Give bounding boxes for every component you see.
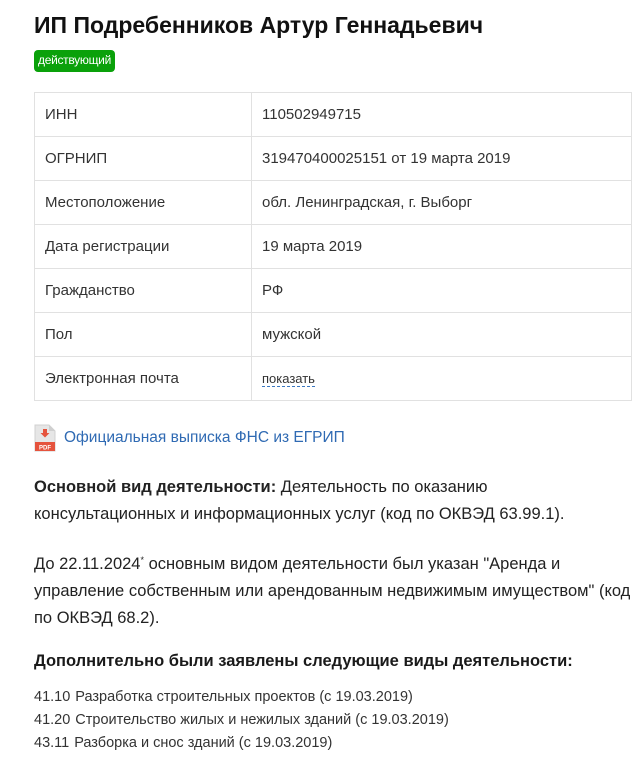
footnote-mark[interactable]: * <box>140 555 144 565</box>
row-value-email: показать <box>252 357 632 401</box>
list-item: 41.20Строительство жилых и нежилых здани… <box>34 709 449 732</box>
row-label-registration-date: Дата регистрации <box>35 225 252 269</box>
row-value-ogrnip: 319470400025151 от 19 марта 2019 <box>252 137 632 181</box>
row-value-gender: мужской <box>252 313 632 357</box>
activity-text: Разборка и снос зданий (с 19.03.2019) <box>74 735 332 751</box>
list-item: 41.10Разработка строительных проектов (с… <box>34 686 449 709</box>
row-value-citizenship: РФ <box>252 269 632 313</box>
row-value-registration-date: 19 марта 2019 <box>252 225 632 269</box>
additional-activities-heading: Дополнительно были заявлены следующие ви… <box>34 652 573 671</box>
table-row: Местоположение обл. Ленинградская, г. Вы… <box>35 181 632 225</box>
list-item: 43.11Разборка и снос зданий (с 19.03.201… <box>34 732 449 755</box>
previous-activity-date: До 22.11.2024 <box>34 555 140 573</box>
activity-code: 41.20 <box>34 712 70 728</box>
pdf-extract-row[interactable]: PDF Официальная выписка ФНС из ЕГРИП <box>34 424 345 452</box>
table-row: Гражданство РФ <box>35 269 632 313</box>
additional-activities-list: 41.10Разработка строительных проектов (с… <box>34 686 449 755</box>
row-label-inn: ИНН <box>35 93 252 137</box>
table-row: Электронная почта показать <box>35 357 632 401</box>
svg-text:PDF: PDF <box>39 446 51 452</box>
details-table: ИНН 110502949715 ОГРНИП 319470400025151 … <box>34 92 632 401</box>
main-activity-label: Основной вид деятельности: <box>34 478 276 496</box>
main-activity: Основной вид деятельности: Деятельность … <box>34 474 632 528</box>
activity-code: 41.10 <box>34 689 70 705</box>
table-row: Дата регистрации 19 марта 2019 <box>35 225 632 269</box>
activity-text: Разработка строительных проектов (с 19.0… <box>75 689 413 705</box>
row-value-inn: 110502949715 <box>252 93 632 137</box>
row-label-email: Электронная почта <box>35 357 252 401</box>
activity-code: 43.11 <box>34 735 69 751</box>
table-row: ОГРНИП 319470400025151 от 19 марта 2019 <box>35 137 632 181</box>
pdf-extract-link[interactable]: Официальная выписка ФНС из ЕГРИП <box>64 429 345 447</box>
table-row: Пол мужской <box>35 313 632 357</box>
row-value-location: обл. Ленинградская, г. Выборг <box>252 181 632 225</box>
page-title: ИП Подребенников Артур Геннадьевич <box>34 12 483 39</box>
show-email-link[interactable]: показать <box>262 371 315 387</box>
pdf-download-icon[interactable]: PDF <box>34 424 56 452</box>
row-label-location: Местоположение <box>35 181 252 225</box>
previous-activity: До 22.11.2024* основным видом деятельнос… <box>34 551 632 632</box>
row-label-gender: Пол <box>35 313 252 357</box>
status-badge: действующий <box>34 50 115 72</box>
row-label-citizenship: Гражданство <box>35 269 252 313</box>
row-label-ogrnip: ОГРНИП <box>35 137 252 181</box>
table-row: ИНН 110502949715 <box>35 93 632 137</box>
activity-text: Строительство жилых и нежилых зданий (с … <box>75 712 449 728</box>
